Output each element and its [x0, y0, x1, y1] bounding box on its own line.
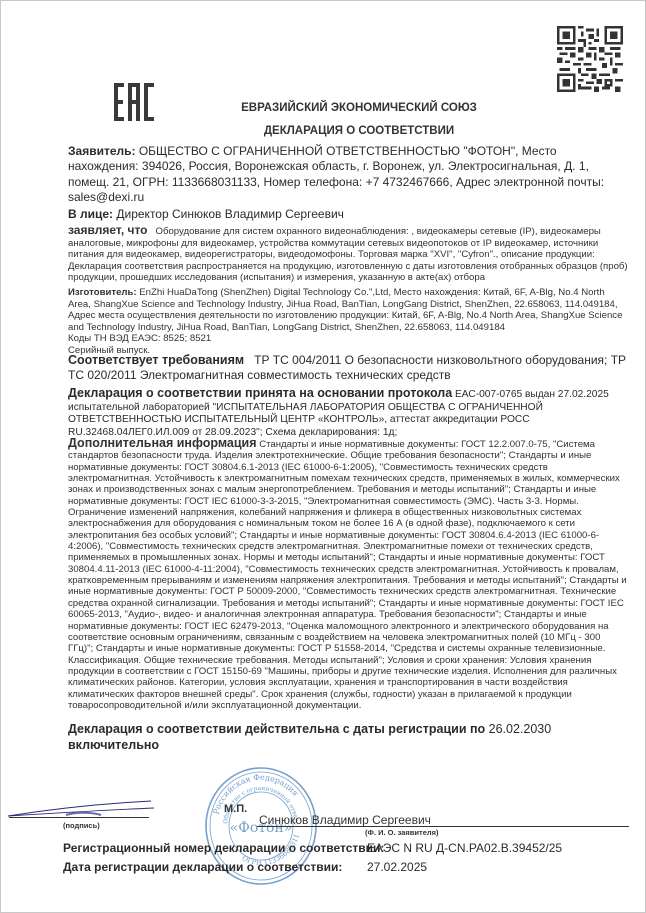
- registration-date-value: 27.02.2025: [367, 860, 427, 874]
- registration-number-value: ЕАЭС N RU Д-CN.РА02.В.39452/25: [367, 841, 562, 855]
- hs-codes: Коды ТН ВЭД ЕАЭС: 8525; 8521: [68, 333, 628, 345]
- representative-section: В лице: Директор Синюков Владимир Сергее…: [68, 207, 628, 222]
- manufacturer-label: Изготовитель:: [68, 287, 137, 298]
- protocol-label: Декларация о соответствии принята на осн…: [68, 386, 452, 400]
- declares-text: Оборудование для систем охранного видеон…: [68, 226, 630, 283]
- qr-code-icon: [557, 21, 623, 97]
- applicant-label: Заявитель:: [68, 144, 136, 158]
- union-title: ЕВРАЗИЙСКИЙ ЭКОНОМИЧЕСКИЙ СОЮЗ: [1, 102, 646, 114]
- name-line: [257, 826, 629, 827]
- name-caption: (Ф. И. О. заявителя): [365, 828, 439, 837]
- validity-section: Декларация о соответствии действительна …: [68, 721, 628, 753]
- additional-info-section: Дополнительная информация Стандарты и ин…: [68, 438, 628, 711]
- conforms-label: Соответствует требованиям: [68, 353, 244, 367]
- validity-suffix: включительно: [68, 737, 628, 753]
- seal-placeholder: М.П.: [224, 803, 247, 815]
- validity-label: Декларация о соответствии действительна …: [68, 722, 485, 736]
- representative-label: В лице:: [68, 207, 113, 221]
- registration-date-label: Дата регистрации декларации о соответств…: [63, 860, 342, 874]
- validity-date: 26.02.2030: [485, 722, 551, 736]
- document-title: ДЕКЛАРАЦИЯ О СООТВЕТСТВИИ: [1, 125, 646, 137]
- applicant-section: Заявитель: ОБЩЕСТВО С ОГРАНИЧЕННОЙ ОТВЕТ…: [68, 144, 628, 206]
- signature-caption: (подпись): [63, 821, 100, 830]
- manufacturer-section: Изготовитель: EnZhi HuaDaTong (ShenZhen)…: [68, 287, 628, 357]
- declares-section: заявляет, что Оборудование для систем ох…: [68, 225, 628, 284]
- additional-info-text: Стандарты и иные нормативные документы: …: [68, 439, 627, 711]
- declares-label: заявляет, что: [68, 223, 148, 237]
- applicant-text: ОБЩЕСТВО С ОГРАНИЧЕННОЙ ОТВЕТСТВЕННОСТЬЮ…: [68, 144, 604, 204]
- additional-info-label: Дополнительная информация: [68, 436, 257, 450]
- signature-line: [9, 817, 149, 818]
- protocol-section: Декларация о соответствии принята на осн…: [68, 387, 628, 439]
- signer-name: Синюков Владимир Сергеевич: [259, 813, 431, 827]
- declaration-page: ЕВРАЗИЙСКИЙ ЭКОНОМИЧЕСКИЙ СОЮЗ ДЕКЛАРАЦИ…: [0, 0, 646, 913]
- registration-number-label: Регистрационный номер декларации о соотв…: [63, 841, 384, 855]
- representative-text: Директор Синюков Владимир Сергеевич: [113, 207, 344, 221]
- conforms-section: Соответствует требованиям ТР ТС 004/2011…: [68, 353, 628, 384]
- handwritten-signature-icon: [6, 798, 156, 818]
- manufacturer-text: EnZhi HuaDaTong (ShenZhen) Digital Techn…: [68, 287, 622, 333]
